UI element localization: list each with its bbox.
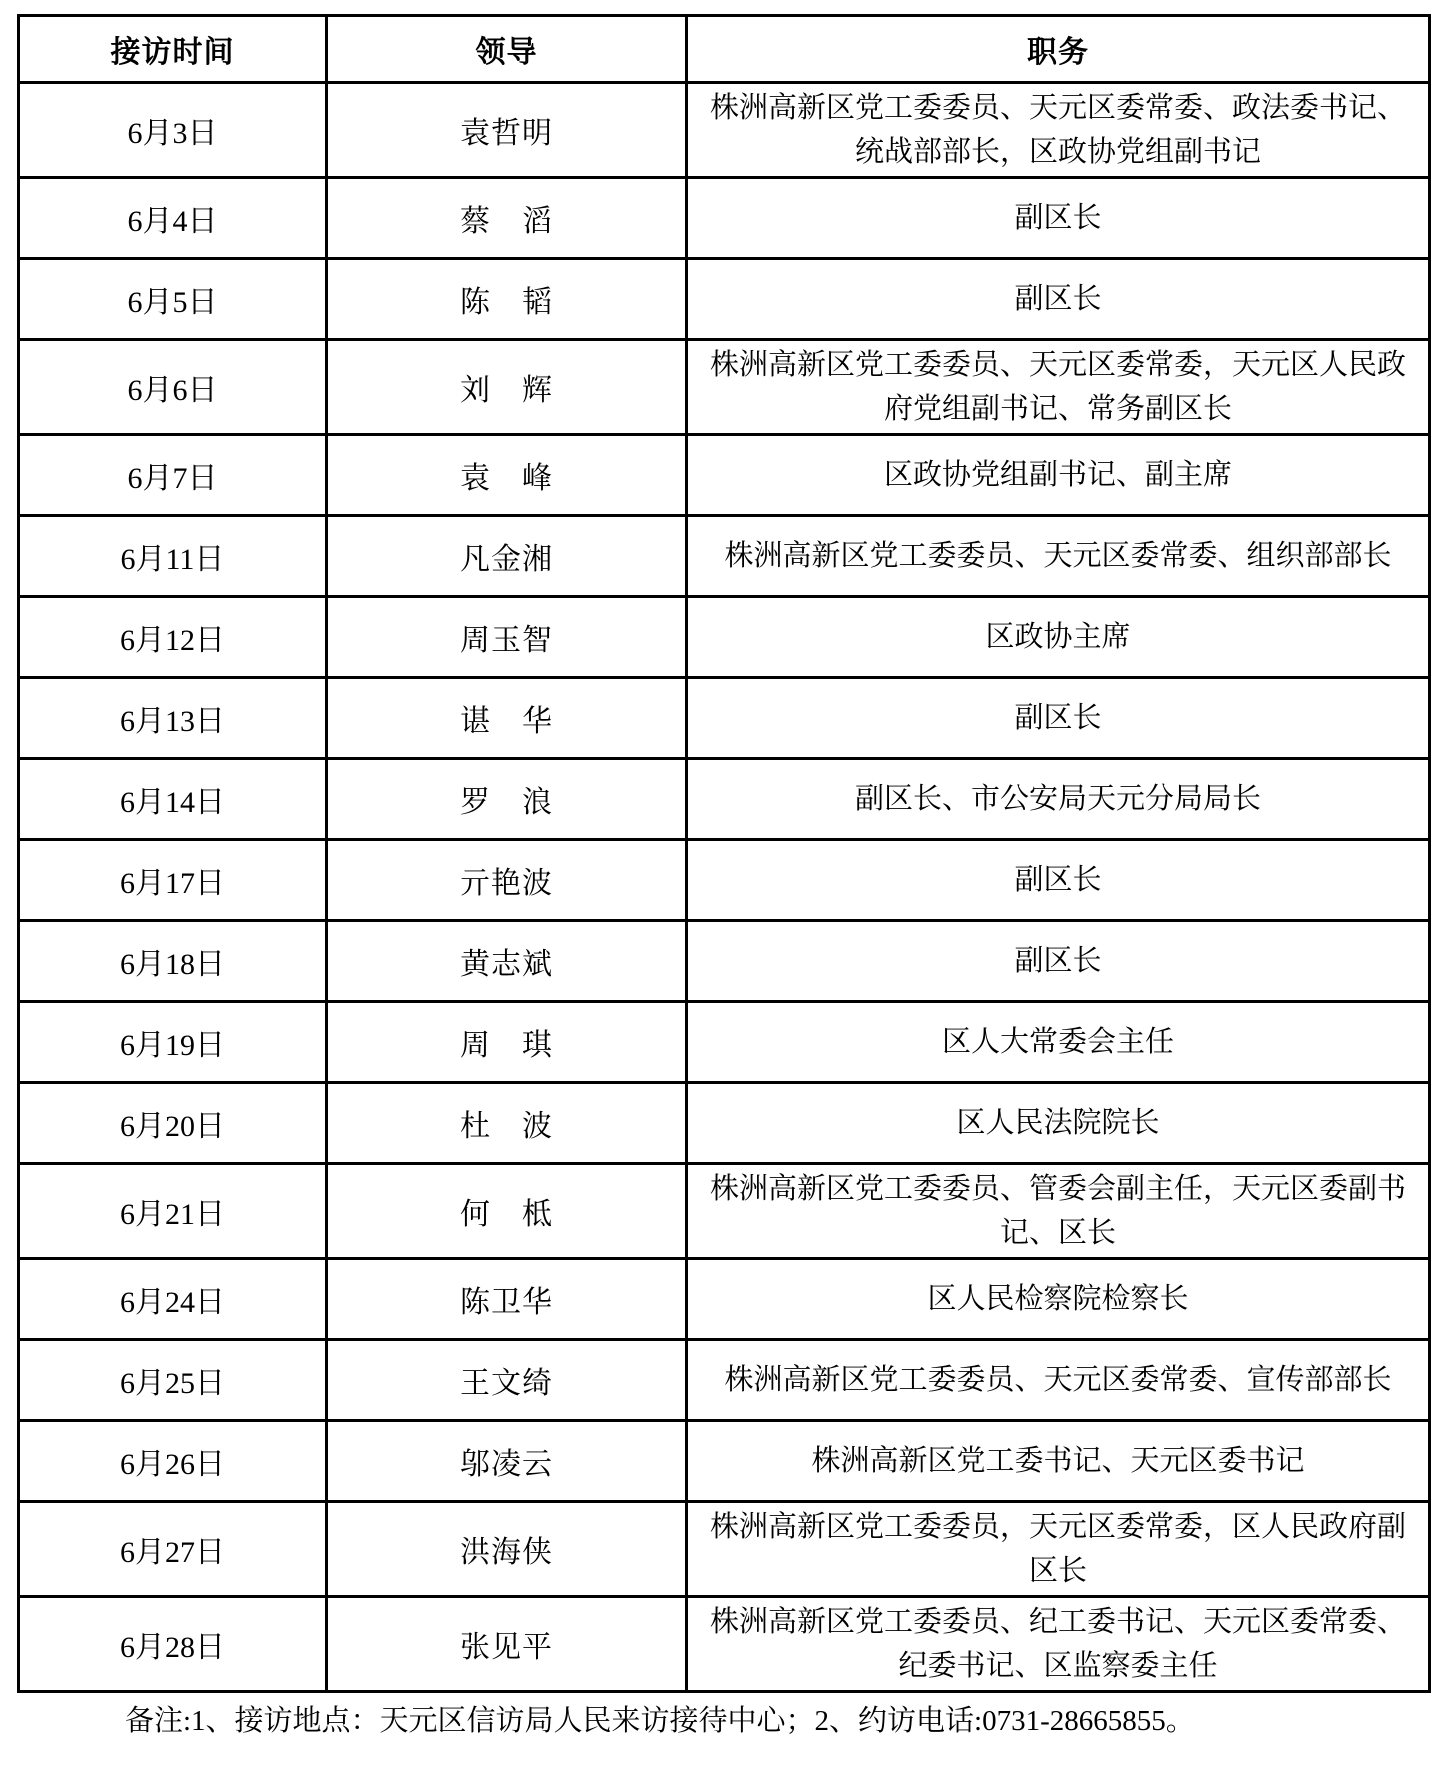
- table-row: 6月11日 凡金湘 株洲高新区党工委委员、天元区委常委、组织部部长: [19, 516, 1430, 597]
- footer-note: 备注:1、接访地点：天元区信访局人民来访接待中心；2、约访电话:0731-286…: [125, 1701, 1415, 1741]
- visit-date-cell: 6月5日: [19, 259, 327, 340]
- leader-name-cell: 谌 华: [327, 678, 687, 759]
- table-row: 6月19日 周 琪 区人大常委会主任: [19, 1002, 1430, 1083]
- position-cell: 区政协党组副书记、副主席: [687, 435, 1430, 516]
- table-header-row: 接访时间 领导 职务: [19, 16, 1430, 83]
- table-row: 6月5日 陈 韬 副区长: [19, 259, 1430, 340]
- visit-date-cell: 6月12日: [19, 597, 327, 678]
- visit-date-cell: 6月18日: [19, 921, 327, 1002]
- table-body: 6月3日 袁哲明 株洲高新区党工委委员、天元区委常委、政法委书记、统战部部长，区…: [19, 83, 1430, 1692]
- table-row: 6月6日 刘 辉 株洲高新区党工委委员、天元区委常委，天元区人民政府党组副书记、…: [19, 340, 1430, 435]
- leader-name-cell: 罗 浪: [327, 759, 687, 840]
- table-row: 6月21日 何 柢 株洲高新区党工委委员、管委会副主任，天元区委副书记、区长: [19, 1164, 1430, 1259]
- leader-name-cell: 邬凌云: [327, 1421, 687, 1502]
- leader-name-cell: 袁哲明: [327, 83, 687, 178]
- visit-date-cell: 6月21日: [19, 1164, 327, 1259]
- visit-date-cell: 6月24日: [19, 1259, 327, 1340]
- table-row: 6月7日 袁 峰 区政协党组副书记、副主席: [19, 435, 1430, 516]
- position-cell: 副区长: [687, 921, 1430, 1002]
- position-cell: 株洲高新区党工委委员、天元区委常委，天元区人民政府党组副书记、常务副区长: [687, 340, 1430, 435]
- document-page: 接访时间 领导 职务 6月3日 袁哲明 株洲高新区党工委委员、天元区委常委、政法…: [0, 0, 1434, 1778]
- table-row: 6月18日 黄志斌 副区长: [19, 921, 1430, 1002]
- position-cell: 株洲高新区党工委委员、天元区委常委、宣传部部长: [687, 1340, 1430, 1421]
- table-row: 6月17日 亓艳波 副区长: [19, 840, 1430, 921]
- table-row: 6月24日 陈卫华 区人民检察院检察长: [19, 1259, 1430, 1340]
- position-cell: 副区长: [687, 178, 1430, 259]
- visit-date-cell: 6月11日: [19, 516, 327, 597]
- visit-date-cell: 6月27日: [19, 1502, 327, 1597]
- leader-name-cell: 袁 峰: [327, 435, 687, 516]
- visit-date-cell: 6月4日: [19, 178, 327, 259]
- visit-date-cell: 6月6日: [19, 340, 327, 435]
- visit-date-cell: 6月20日: [19, 1083, 327, 1164]
- leader-name-cell: 陈卫华: [327, 1259, 687, 1340]
- column-header-leader: 领导: [327, 16, 687, 83]
- table-row: 6月20日 杜 波 区人民法院院长: [19, 1083, 1430, 1164]
- position-cell: 株洲高新区党工委委员、纪工委书记、天元区委常委、纪委书记、区监察委主任: [687, 1597, 1430, 1692]
- table-row: 6月12日 周玉智 区政协主席: [19, 597, 1430, 678]
- position-cell: 区人民检察院检察长: [687, 1259, 1430, 1340]
- position-cell: 副区长、市公安局天元分局局长: [687, 759, 1430, 840]
- leader-name-cell: 黄志斌: [327, 921, 687, 1002]
- leader-name-cell: 王文绮: [327, 1340, 687, 1421]
- position-cell: 株洲高新区党工委委员、管委会副主任，天元区委副书记、区长: [687, 1164, 1430, 1259]
- table-row: 6月28日 张见平 株洲高新区党工委委员、纪工委书记、天元区委常委、纪委书记、区…: [19, 1597, 1430, 1692]
- table-row: 6月25日 王文绮 株洲高新区党工委委员、天元区委常委、宣传部部长: [19, 1340, 1430, 1421]
- position-cell: 株洲高新区党工委书记、天元区委书记: [687, 1421, 1430, 1502]
- visit-date-cell: 6月13日: [19, 678, 327, 759]
- column-header-position: 职务: [687, 16, 1430, 83]
- leader-name-cell: 亓艳波: [327, 840, 687, 921]
- leader-name-cell: 周玉智: [327, 597, 687, 678]
- position-cell: 株洲高新区党工委委员、天元区委常委、政法委书记、统战部部长，区政协党组副书记: [687, 83, 1430, 178]
- visit-date-cell: 6月14日: [19, 759, 327, 840]
- leader-name-cell: 刘 辉: [327, 340, 687, 435]
- visit-date-cell: 6月25日: [19, 1340, 327, 1421]
- position-cell: 区政协主席: [687, 597, 1430, 678]
- position-cell: 副区长: [687, 259, 1430, 340]
- leader-name-cell: 何 柢: [327, 1164, 687, 1259]
- visit-date-cell: 6月28日: [19, 1597, 327, 1692]
- visit-date-cell: 6月19日: [19, 1002, 327, 1083]
- position-cell: 株洲高新区党工委委员、天元区委常委、组织部部长: [687, 516, 1430, 597]
- table-row: 6月4日 蔡 滔 副区长: [19, 178, 1430, 259]
- visit-date-cell: 6月3日: [19, 83, 327, 178]
- column-header-visit-date: 接访时间: [19, 16, 327, 83]
- leader-name-cell: 周 琪: [327, 1002, 687, 1083]
- visit-date-cell: 6月7日: [19, 435, 327, 516]
- leader-name-cell: 杜 波: [327, 1083, 687, 1164]
- visit-date-cell: 6月26日: [19, 1421, 327, 1502]
- position-cell: 区人大常委会主任: [687, 1002, 1430, 1083]
- position-cell: 副区长: [687, 678, 1430, 759]
- table-row: 6月26日 邬凌云 株洲高新区党工委书记、天元区委书记: [19, 1421, 1430, 1502]
- table-row: 6月13日 谌 华 副区长: [19, 678, 1430, 759]
- table-row: 6月3日 袁哲明 株洲高新区党工委委员、天元区委常委、政法委书记、统战部部长，区…: [19, 83, 1430, 178]
- position-cell: 株洲高新区党工委委员，天元区委常委，区人民政府副区长: [687, 1502, 1430, 1597]
- position-cell: 副区长: [687, 840, 1430, 921]
- leader-name-cell: 陈 韬: [327, 259, 687, 340]
- table-row: 6月27日 洪海侠 株洲高新区党工委委员，天元区委常委，区人民政府副区长: [19, 1502, 1430, 1597]
- leader-name-cell: 蔡 滔: [327, 178, 687, 259]
- leader-name-cell: 洪海侠: [327, 1502, 687, 1597]
- leader-name-cell: 张见平: [327, 1597, 687, 1692]
- table-row: 6月14日 罗 浪 副区长、市公安局天元分局局长: [19, 759, 1430, 840]
- visit-date-cell: 6月17日: [19, 840, 327, 921]
- leader-name-cell: 凡金湘: [327, 516, 687, 597]
- position-cell: 区人民法院院长: [687, 1083, 1430, 1164]
- reception-schedule-table: 接访时间 领导 职务 6月3日 袁哲明 株洲高新区党工委委员、天元区委常委、政法…: [17, 14, 1431, 1693]
